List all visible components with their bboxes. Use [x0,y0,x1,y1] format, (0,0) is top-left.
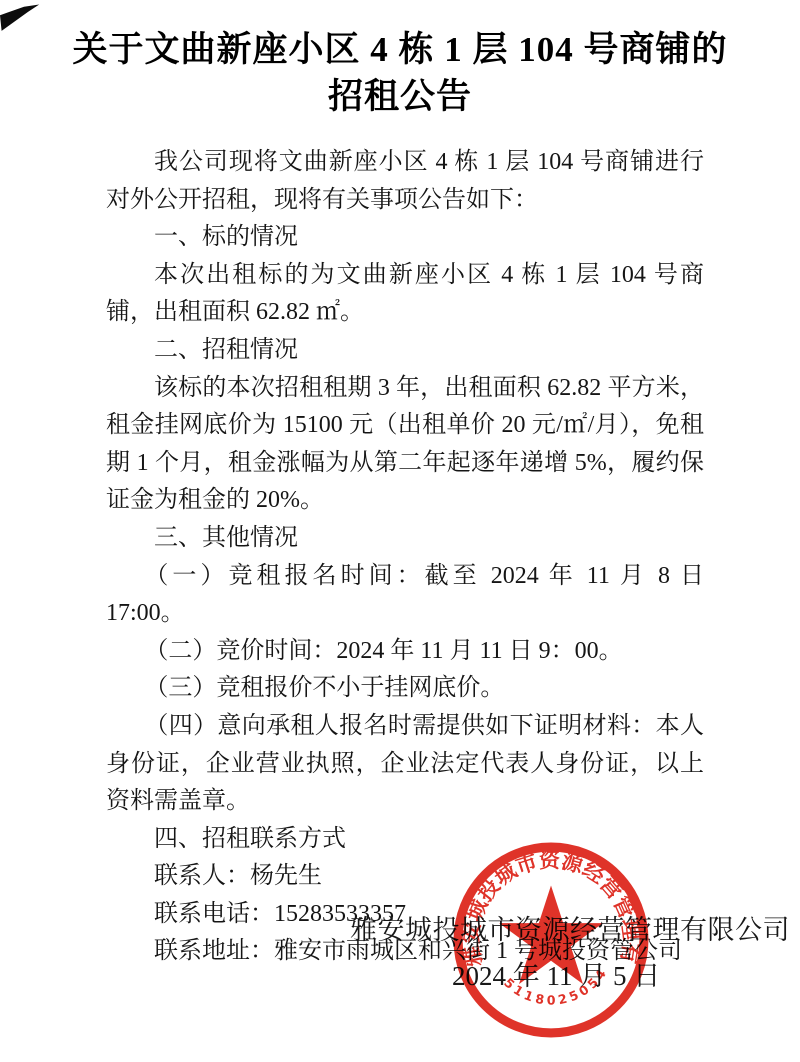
section-1-body: 本次出租标的为文曲新座小区 4 栋 1 层 104 号商铺，出租面积 62.82… [106,257,704,332]
seal-graphic: 雅安城投城市资源经营管理有限公司 5118025054276 [450,839,652,1041]
section-2-body: 该标的本次招租租期 3 年，出租面积 62.82 平方米，租金挂网底价为 151… [106,370,704,520]
section-3-item-1: （一）竞租报名时间：截至 2024 年 11 月 8 日 17:00。 [106,558,704,633]
company-seal-stamp: 雅安城投城市资源经营管理有限公司 5118025054276 [450,839,652,1041]
announcement-page: 关于文曲新座小区 4 栋 1 层 104 号商铺的 招租公告 我公司现将文曲新座… [0,0,800,1062]
section-3-item-4: （四）意向承租人报名时需提供如下证明材料：本人身份证，企业营业执照，企业法定代表… [106,708,704,821]
document-title-line-1: 关于文曲新座小区 4 栋 1 层 104 号商铺的 [60,26,740,73]
document-title: 关于文曲新座小区 4 栋 1 层 104 号商铺的 招租公告 [60,26,740,120]
section-1-heading: 一、标的情况 [106,219,704,257]
document-title-line-2: 招租公告 [60,73,740,120]
section-3-heading: 三、其他情况 [106,520,704,558]
section-2-heading: 二、招租情况 [106,332,704,370]
paragraph-intro: 我公司现将文曲新座小区 4 栋 1 层 104 号商铺进行对外公开招租，现将有关… [106,144,704,219]
section-3-item-2: （二）竞价时间：2024 年 11 月 11 日 9：00。 [106,633,704,671]
scan-corner-artifact [0,4,40,32]
section-3-item-3: （三）竞租报价不小于挂网底价。 [106,670,704,708]
seal-star-icon [499,885,603,984]
